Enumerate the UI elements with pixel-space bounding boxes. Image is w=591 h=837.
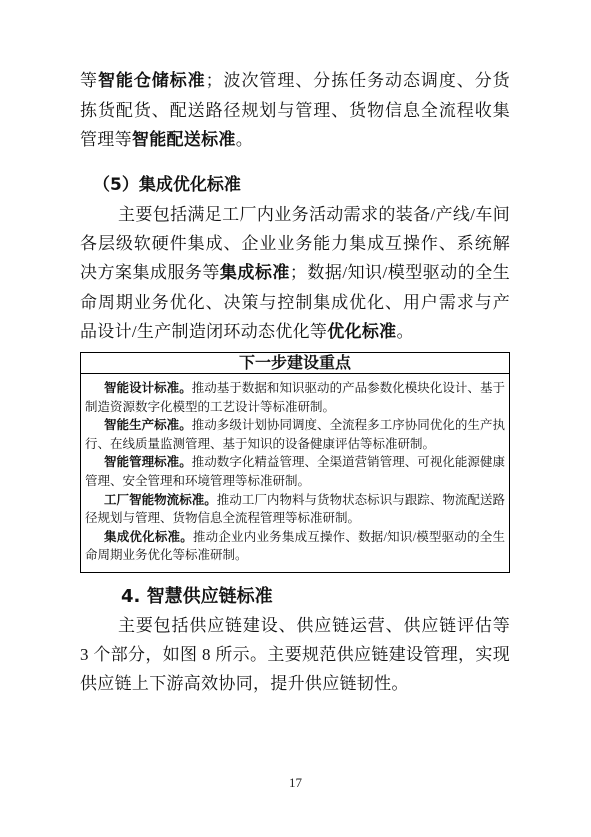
bold-term: 工厂智能物流标准。 bbox=[104, 492, 217, 507]
box-item-smart-production: 智能生产标准。推动多级计划协同调度、全流程多工序协同优化的生产执行、在线质量监测… bbox=[85, 416, 505, 453]
paragraph-integration-optimization: 主要包括满足工厂内业务活动需求的装备/产线/车间各层级软硬件集成、企业业务能力集… bbox=[80, 200, 510, 347]
bold-term: 优化标准 bbox=[327, 322, 396, 342]
box-item-factory-logistics: 工厂智能物流标准。推动工厂内物料与货物状态标识与跟踪、物流配送路径规划与管理、货… bbox=[85, 491, 505, 528]
text-run: 。 bbox=[236, 130, 253, 149]
next-steps-box-title: 下一步建设重点 bbox=[81, 353, 509, 374]
page-content: 等智能仓储标准；波次管理、分拣任务动态调度、分货拣货配货、配送路径规划与管理、货… bbox=[80, 66, 510, 698]
bold-term: 集成标准 bbox=[220, 263, 290, 283]
next-steps-box: 下一步建设重点 智能设计标准。推动基于数据和知识驱动的产品参数化模块化设计、基于… bbox=[80, 352, 510, 573]
section-heading-integration-optimization: （5）集成优化标准 bbox=[80, 171, 510, 200]
bold-term: 智能管理标准。 bbox=[104, 454, 192, 469]
section-heading-smart-supply-chain: 4. 智慧供应链标准 bbox=[80, 582, 510, 611]
bold-term: 智能配送标准 bbox=[132, 130, 236, 150]
text-run: 。 bbox=[396, 322, 413, 341]
paragraph-smart-warehousing-distribution: 等智能仓储标准；波次管理、分拣任务动态调度、分货拣货配货、配送路径规划与管理、货… bbox=[80, 66, 510, 155]
document-page: 等智能仓储标准；波次管理、分拣任务动态调度、分货拣货配货、配送路径规划与管理、货… bbox=[0, 0, 591, 837]
box-item-integration-optimization: 集成优化标准。推动企业内业务集成互操作、数据/知识/模型驱动的全生命周期业务优化… bbox=[85, 528, 505, 565]
bold-term: 智能设计标准。 bbox=[104, 380, 192, 395]
page-number: 17 bbox=[0, 775, 591, 791]
box-item-smart-management: 智能管理标准。推动数字化精益管理、全渠道营销管理、可视化能源健康管理、安全管理和… bbox=[85, 453, 505, 490]
bold-term: 智能仓储标准 bbox=[98, 71, 206, 91]
next-steps-box-body: 智能设计标准。推动基于数据和知识驱动的产品参数化模块化设计、基于制造资源数字化模… bbox=[81, 374, 509, 572]
paragraph-smart-supply-chain: 主要包括供应链建设、供应链运营、供应链评估等 3 个部分，如图 8 所示。主要规… bbox=[80, 611, 510, 698]
box-item-smart-design: 智能设计标准。推动基于数据和知识驱动的产品参数化模块化设计、基于制造资源数字化模… bbox=[85, 379, 505, 416]
bold-term: 智能生产标准。 bbox=[104, 417, 192, 432]
text-run: 等 bbox=[80, 71, 98, 90]
bold-term: 集成优化标准。 bbox=[104, 529, 193, 544]
